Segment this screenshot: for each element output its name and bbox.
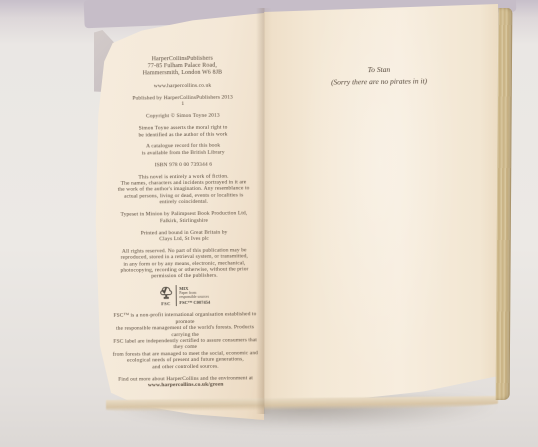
- publisher-address: HarperCollinsPublishers77-85 Fulham Pala…: [106, 55, 258, 78]
- fsc-tree-check-icon: [159, 285, 172, 301]
- catalogue-record-statement: A catalogue record for this bookis avail…: [107, 143, 259, 157]
- dedication-text: To Stan(Sorry there are no pirates in it…: [284, 63, 474, 90]
- environment-note: Find out more about HarperCollins and th…: [110, 375, 262, 389]
- fsc-acronym-label: FSC: [161, 301, 170, 306]
- environment-url-text: www.harpercollins.co.uk/green: [148, 382, 224, 389]
- isbn-line: ISBN 978 0 00 739344 6: [107, 161, 259, 169]
- fsc-statement: FSC™ is a non-profit international organ…: [109, 312, 262, 371]
- fsc-logo-mark: FSC: [159, 285, 172, 306]
- fore-edge-page-stack: [496, 8, 513, 400]
- rights-reserved-statement: All rights reserved. No part of this pub…: [108, 247, 260, 281]
- book-photo: HarperCollinsPublishers77-85 Fulham Pala…: [0, 0, 538, 447]
- copyright-line: Copyright © Simon Toyne 2013: [107, 112, 259, 120]
- fsc-logo: FSC MIX Paper fromresponsible sources FS…: [109, 285, 261, 308]
- fsc-tagline: Paper fromresponsible sources: [179, 291, 210, 300]
- imprint-page-text: HarperCollinsPublishers77-85 Fulham Pala…: [106, 55, 262, 394]
- fiction-disclaimer: This novel is entirely a work of fiction…: [107, 173, 259, 207]
- edition-line: Published by HarperCollinsPublishers 201…: [107, 94, 259, 108]
- fsc-certificate-code: FSC™ C007454: [179, 299, 210, 305]
- printing-credit: Printed and bound in Great Britain byCla…: [108, 229, 260, 243]
- typesetting-credit: Typeset in Minion by Palimpsest Book Pro…: [108, 210, 260, 224]
- fsc-logo-text: MIX Paper fromresponsible sources FSC™ C…: [175, 285, 210, 306]
- moral-right-statement: Simon Toyne asserts the moral right tobe…: [107, 124, 259, 138]
- publisher-website: www.harpercollins.co.uk: [107, 82, 259, 90]
